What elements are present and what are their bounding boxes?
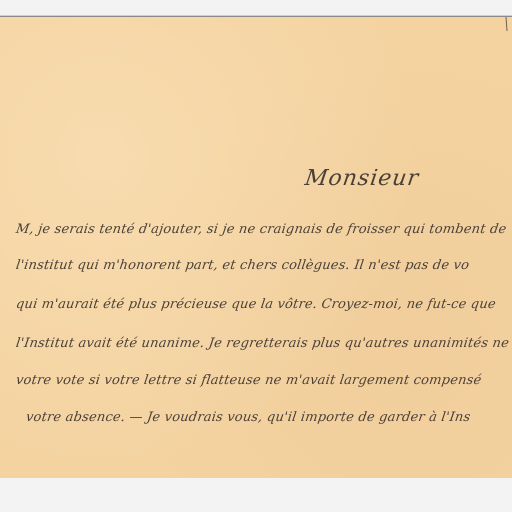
letter-line-3: qui m'aurait été plus précieuse que la v…: [15, 297, 497, 312]
letter-line-1: M, je serais tenté d'ajouter, si je ne c…: [15, 222, 508, 237]
letter-paper: [0, 16, 512, 478]
letter-line-6: votre absence. — Je voudrais vous, qu'il…: [25, 410, 471, 425]
scanned-document: Monsieur M, je serais tenté d'ajouter, s…: [0, 0, 512, 512]
salutation: Monsieur: [303, 166, 420, 191]
letter-line-2: l'institut qui m'honorent part, et chers…: [15, 258, 470, 273]
letter-line-4: l'Institut avait été unanime. Je regrett…: [15, 336, 512, 351]
letter-line-5: votre vote si votre lettre si flatteuse …: [15, 373, 483, 388]
